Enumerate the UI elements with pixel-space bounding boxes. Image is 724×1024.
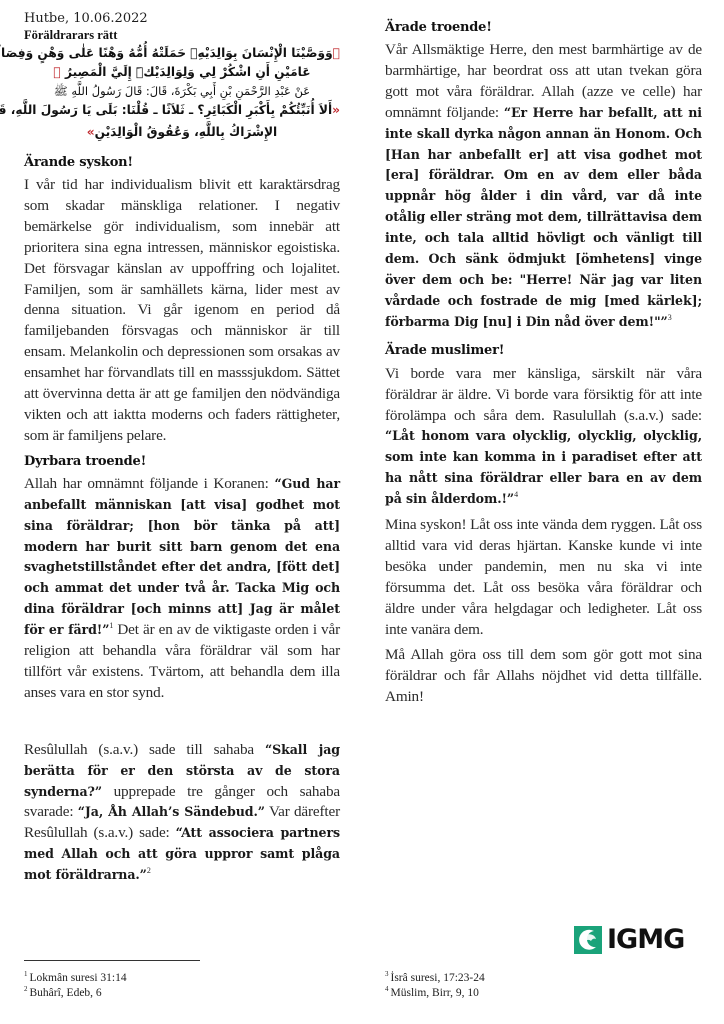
koran-quote-bold: “Gud har anbefallt människan [att visa] …: [24, 476, 340, 637]
footnotes-left: 1Lokmân suresi 31:14 2Buhârî, Edeb, 6: [24, 971, 127, 1001]
igmg-emblem-icon: [574, 926, 602, 954]
isra-quote-bold: “Er Herre har befallt, att ni inte skall…: [385, 105, 702, 329]
arabic-verse-block: ﴿وَوَصَّيْنَا الْإِنْسَانَ بِوَالِدَيْهِ…: [24, 44, 340, 142]
igmg-logo: IGMG: [574, 924, 684, 956]
heading-arade-troende: Ärade troende!: [385, 19, 702, 37]
footnote-ref-2: 2: [147, 866, 151, 875]
left-column: Hutbe, 10.06.2022 Föräldrarars rätt ﴿وَو…: [24, 10, 340, 886]
footnote-3: 3İsrâ suresi, 17:23-24: [385, 971, 485, 986]
hadith-close-quote: »: [87, 125, 95, 139]
heading-arade-muslimer: Ärade muslimer!: [385, 342, 702, 360]
footnote-2: 2Buhârî, Edeb, 6: [24, 986, 127, 1001]
sermon-title: Föräldrarars rätt: [24, 27, 340, 43]
footnote-ref-4: 4: [514, 490, 518, 499]
paragraph-koran-quote: Allah har omnämnt följande i Koranen: “G…: [24, 474, 340, 704]
ayah-line-1: ﴿وَوَصَّيْنَا الْإِنْسَانَ بِوَالِدَيْهِ…: [24, 44, 340, 63]
paragraph-individualism: I vår tid har individualism blivit ett k…: [24, 175, 340, 447]
ayah-line-2: عَامَيْنِ أَنِ اشْكُرْ لِي وَلِوَالِدَيْ…: [24, 63, 340, 82]
sermon-page: Hutbe, 10.06.2022 Föräldrarars rätt ﴿وَو…: [0, 0, 724, 1024]
paragraph-closing-prayer: Må Allah göra oss till dem som gör gott …: [385, 645, 702, 708]
paragraph-sensitivity: Vi borde vara mer känsliga, särskilt när…: [385, 364, 702, 510]
heading-dyrbara-troende: Dyrbara troende!: [24, 453, 340, 471]
hadith-quote-bold: “Låt honom vara olycklig, olycklig, olyc…: [385, 428, 702, 506]
footnote-ref-3: 3: [668, 313, 672, 322]
hadith-line-1: «أَلاَ أُنَبِّئُكُمْ بِأَكْبَرِ الْكَبَا…: [24, 101, 340, 120]
hadith-open-quote: «: [332, 103, 340, 117]
footnotes-right: 3İsrâ suresi, 17:23-24 4Müslim, Birr, 9,…: [385, 971, 485, 1001]
heading-arande-syskon: Ärande syskon!: [24, 154, 340, 172]
right-column: Ärade troende! Vår Allsmäktige Herre, de…: [385, 19, 702, 708]
footnote-4: 4Müslim, Birr, 9, 10: [385, 986, 485, 1001]
ayah-open-bracket: ﴿: [333, 46, 340, 60]
footnote-1: 1Lokmân suresi 31:14: [24, 971, 127, 986]
sermon-date: Hutbe, 10.06.2022: [24, 10, 340, 27]
paragraph-siblings: Mina syskon! Låt oss inte vända dem rygg…: [385, 515, 702, 640]
footnote-divider: [24, 960, 200, 961]
hadith-line-2: الإِشْرَاكُ بِاللَّهِ، وَعُقُوقُ الْوَال…: [24, 123, 340, 142]
ayah-close-bracket: ﴾: [53, 65, 60, 79]
paragraph-hadith: Resûlullah (s.a.v.) sade till sahaba “Sk…: [24, 740, 340, 886]
igmg-logo-text: IGMG: [607, 926, 684, 954]
hadith-isnad: عَنْ عَبْدِ الرَّحْمَنِ بْنِ أَبِي بَكْر…: [24, 82, 340, 101]
paragraph-isra-quote: Vår Allsmäktige Herre, den mest barmhärt…: [385, 40, 702, 333]
